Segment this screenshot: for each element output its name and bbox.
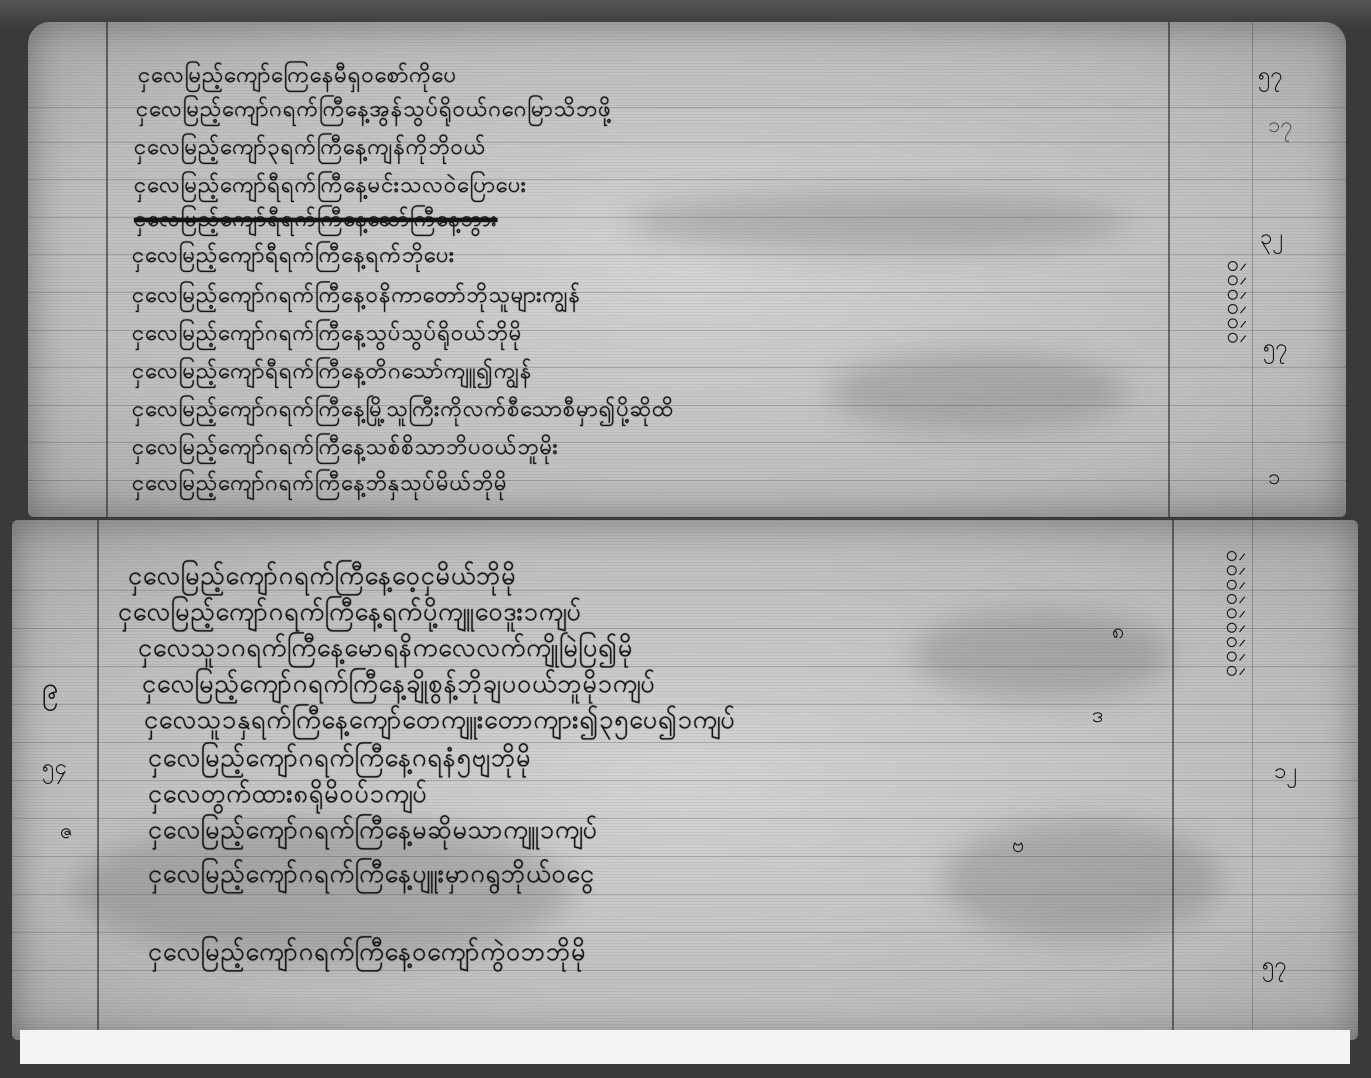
floating-note: ဒ [1092, 700, 1103, 733]
floating-note: ဗ [1012, 830, 1025, 863]
manuscript-line: ငှလေမြည့်ကျော်ဂရက်ကြီနေ့မြို့သူကြီးကိုလက… [132, 394, 674, 427]
manuscript-line: ငှလေမြည့်ကျော်ရီရက်ကြီနေ့ရက်ဘိုပေး [132, 240, 455, 273]
manuscript-line: ငှလေမြည့်ကျော်၃ရက်ကြီနေ့ကျန်ကိုဘိုဝယ် [134, 132, 486, 165]
margin-note: ၅၇ [1263, 332, 1288, 365]
manuscript-line: ငှလေမြည့်ကျော်ရီရက်ကြီနေ့မင်းသလဝဲပြောပေး [134, 170, 527, 203]
manuscript-line: ငှလေမြည့်ကျော်ဂရက်ကြီနေ့သွပ်သွပ်ရိုဝယ်ဘိ… [132, 318, 522, 351]
manuscript-line: ငှလေမြည့်ကျော်ကြေနေမီရှဝစော်ကိုပေ [138, 60, 457, 93]
stain [942, 820, 1222, 940]
manuscript-line: ငှလေမြည့်ကျော်ရီရက်ကြီနေ့တိဂသော်ကျူ၍ကျွန… [132, 356, 532, 389]
margin-note: ၁၇ [1268, 110, 1293, 143]
manuscript-line: ငှလေမြည့်ကျော်ဂရက်ကြီနေ့ဝေ့ငှမိယ်ဘိုမို [128, 560, 516, 597]
margin-note: ၁ [1268, 462, 1280, 495]
floating-note: ၈ [1112, 616, 1125, 649]
paper-edge [20, 1030, 1350, 1064]
manuscript-line: ငှလေမြည့်ကျော်ဂရက်ကြီနေ့ပျူးမှာဂရွဘိုယ်ဝ… [148, 858, 595, 895]
manuscript-line: ငှလေမြည့်ကျော်ဂရက်ကြီနေ့ရက်ပို့ကျူဝေဒူး၁… [118, 596, 582, 633]
margin-note: ၅၄ [42, 752, 67, 785]
stain [828, 352, 1128, 432]
margin-note: ၅၇ [1258, 60, 1283, 93]
margin-note: ဇ [60, 816, 73, 849]
margin-note: ၁၂ [1274, 756, 1297, 789]
margin-note: ၃၂ [1260, 222, 1283, 255]
margin-note: ၉ [42, 668, 59, 713]
manuscript-line: ငှလေမြည့်ကျော်ဂရက်ကြီနေ့ဂရနံ၅ဗျဘိုမို [148, 742, 531, 779]
stain [628, 192, 1128, 252]
manuscript-line: ငှလေမြည့်ကျော်ဂရက်ကြီနေ့အွန်သွပ်ရိုဝယ်ဂဂ… [136, 94, 612, 127]
manuscript-page-top: ငှလေမြည့်ကျော်ကြေနေမီရှဝစော်ကိုပေ ငှလေမြ… [28, 22, 1346, 517]
manuscript-line: ငှလေသူ၁ဂရက်ကြီနေ့မောရနိကလေလက်ကျိုမြဲပြ၍မ… [138, 632, 633, 669]
vertical-margin-note: ဝဲဝဲဝဲဝဲဝဲဝဲ [1218, 260, 1251, 346]
manuscript-line: ငှလေသူ၁နှရက်ကြီနေ့ကျော်ဝောကျူးတောကျား၍၃၅… [144, 704, 736, 741]
manuscript-line: ငှလေမြည့်ကျော်ဂရက်ကြီနေ့မဆိုမသာကျူ၁ကျပ် [148, 814, 598, 851]
margin-note: ၅၇ [1262, 950, 1287, 983]
vertical-margin-note: ဝဲဝဲဝဲဝဲဝဲဝဲဝဲဝဲဝဲ [1217, 550, 1250, 679]
manuscript-line-struck: ငှလေမြည့်ကျော်ရီရက်ကြီနေ့ဆော်ကြီနေ့ဘွား [134, 204, 497, 237]
manuscript-line: ငှလေမြည့်ကျော်ဂရက်ကြီနေ့ဘိနှသုပ်မိယ်ဘိုမ… [132, 468, 508, 501]
manuscript-line: ငှလေမြည့်ကျော်ဂရက်ကြီနေ့ဝနိကာတော်ဘိုသူမျ… [132, 280, 581, 313]
manuscript-line: ငှလေမြည့်ကျော်ဂရက်ကြီနေ့သစ်စိသာဘိပဝယ်ဘူမ… [132, 432, 559, 465]
manuscript-line: ငှလေတွက်ထား၈ရိုမိဝပ်၁ကျပ် [148, 778, 428, 815]
manuscript-line: ငှလေမြည့်ကျော်ဂရက်ကြီနေ့ချိုစွန့်ဘိုချပဝ… [142, 668, 656, 705]
stain [912, 610, 1172, 700]
manuscript-page-bottom: ငှလေမြည့်ကျော်ဂရက်ကြီနေ့ဝေ့ငှမိယ်ဘိုမို … [12, 520, 1358, 1040]
manuscript-line: ငှလေမြည့်ကျော်ဂရက်ကြီနေ့ဝကျော်ကွဲ၀ဘဘိုမိ… [148, 936, 586, 973]
